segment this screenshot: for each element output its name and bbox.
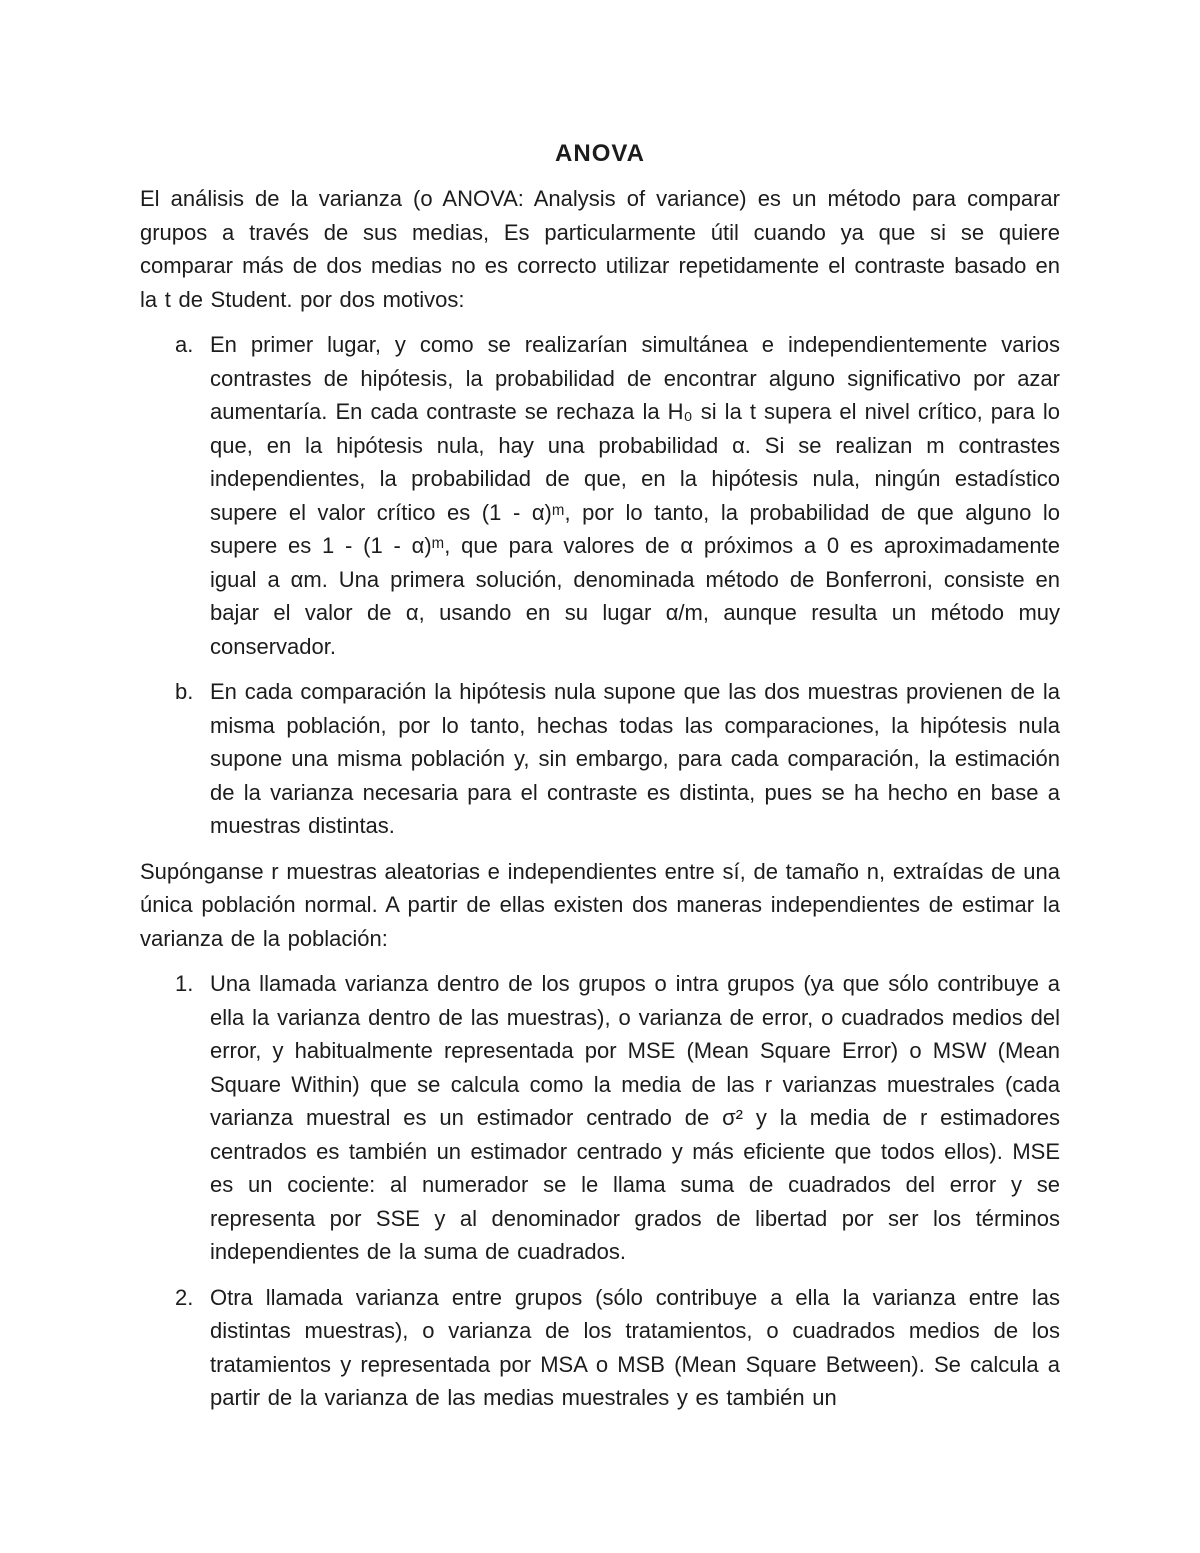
list-marker-1: 1. — [175, 967, 193, 1001]
list-marker-a: a. — [175, 328, 193, 362]
list-item-a-text: En primer lugar, y como se realizarían s… — [210, 332, 1060, 659]
list-item-b: b. En cada comparación la hipótesis nula… — [140, 675, 1060, 843]
list-item-b-text: En cada comparación la hipótesis nula su… — [210, 679, 1060, 838]
document-page: ANOVA El análisis de la varianza (o ANOV… — [0, 0, 1200, 1553]
list-marker-b: b. — [175, 675, 193, 709]
list-item-1-text: Una llamada varianza dentro de los grupo… — [210, 971, 1060, 1264]
intro-paragraph: El análisis de la varianza (o ANOVA: Ana… — [140, 182, 1060, 316]
list-item-1: 1. Una llamada varianza dentro de los gr… — [140, 967, 1060, 1269]
middle-paragraph: Supónganse r muestras aleatorias e indep… — [140, 855, 1060, 956]
list-item-2: 2. Otra llamada varianza entre grupos (s… — [140, 1281, 1060, 1415]
page-title: ANOVA — [140, 140, 1060, 168]
list-item-a: a. En primer lugar, y como se realizaría… — [140, 328, 1060, 663]
list-item-2-text: Otra llamada varianza entre grupos (sólo… — [210, 1285, 1060, 1411]
list-marker-2: 2. — [175, 1281, 193, 1315]
